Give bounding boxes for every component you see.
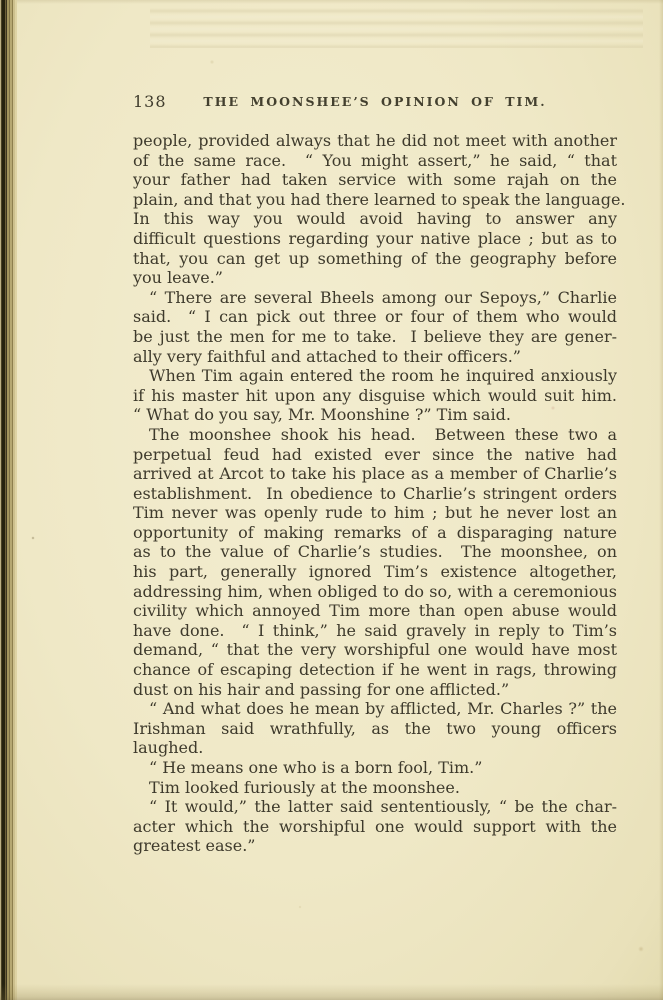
text-line: greatest ease.”: [133, 836, 617, 856]
text-line: laughed.: [133, 738, 617, 758]
page-right-edge: [659, 0, 663, 1000]
paragraph: “ And what does he mean by afflicted, Mr…: [133, 699, 617, 758]
book-page: 138 THE MOONSHEE’S OPINION OF TIM. peopl…: [0, 0, 663, 1000]
page-binding-edge: [0, 0, 19, 1000]
text-line: if his master hit upon any disguise whic…: [133, 386, 617, 406]
text-line: arrived at Arcot to take his place as a …: [133, 464, 617, 484]
scan-streaks: [150, 8, 643, 48]
text-line: people, provided always that he did not …: [133, 131, 617, 151]
paragraph: “ It would,” the latter said sententious…: [133, 797, 617, 856]
text-line: his part, generally ignored Tim’s existe…: [133, 562, 617, 582]
running-head: 138 THE MOONSHEE’S OPINION OF TIM.: [133, 92, 617, 112]
text-line: establishment. In obedience to Charlie’s…: [133, 484, 617, 504]
text-line: perpetual feud had existed ever since th…: [133, 445, 617, 465]
text-line: “ And what does he mean by afflicted, Mr…: [133, 699, 617, 719]
text-line: as to the value of Charlie’s studies. Th…: [133, 542, 617, 562]
text-line: said. “ I can pick out three or four of …: [133, 307, 617, 327]
text-line: When Tim again entered the room he inqui…: [133, 366, 617, 386]
text-line: acter which the worshipful one would sup…: [133, 817, 617, 837]
text-line: of the same race. “ You might assert,” h…: [133, 151, 617, 171]
text-line: Tim never was openly rude to him ; but h…: [133, 503, 617, 523]
text-line: “ He means one who is a born fool, Tim.”: [133, 758, 617, 778]
paragraph: Tim looked furiously at the moonshee.: [133, 778, 617, 798]
text-line: you leave.”: [133, 268, 617, 288]
running-header-title: THE MOONSHEE’S OPINION OF TIM.: [133, 94, 617, 109]
paragraph: When Tim again entered the room he inqui…: [133, 366, 617, 425]
paragraph: people, provided always that he did not …: [133, 131, 617, 288]
text-line: “ There are several Bheels among our Sep…: [133, 288, 617, 308]
text-line: chance of escaping detection if he went …: [133, 660, 617, 680]
paragraph: The moonshee shook his head. Between the…: [133, 425, 617, 699]
text-line: difficult questions regarding your nativ…: [133, 229, 617, 249]
body-text: people, provided always that he did not …: [133, 131, 617, 856]
text-line: have done. “ I think,” he said gravely i…: [133, 621, 617, 641]
text-line: In this way you would avoid having to an…: [133, 209, 617, 229]
text-line: “ What do you say, Mr. Moonshine ?” Tim …: [133, 405, 617, 425]
page-bottom-edge: [0, 984, 663, 1000]
paragraph: “ There are several Bheels among our Sep…: [133, 288, 617, 366]
text-line: plain, and that you had there learned to…: [133, 190, 617, 210]
text-line: ally very faithful and attached to their…: [133, 347, 617, 367]
text-line: that, you can get up something of the ge…: [133, 249, 617, 269]
text-line: Tim looked furiously at the moonshee.: [133, 778, 617, 798]
text-line: addressing him, when obliged to do so, w…: [133, 582, 617, 602]
text-line: The moonshee shook his head. Between the…: [133, 425, 617, 445]
text-line: civility which annoyed Tim more than ope…: [133, 601, 617, 621]
text-line: demand, “ that the very worshipful one w…: [133, 640, 617, 660]
text-line: opportunity of making remarks of a dispa…: [133, 523, 617, 543]
text-line: dust on his hair and passing for one aff…: [133, 680, 617, 700]
paragraph: “ He means one who is a born fool, Tim.”: [133, 758, 617, 778]
text-line: be just the men for me to take. I believ…: [133, 327, 617, 347]
text-line: “ It would,” the latter said sententious…: [133, 797, 617, 817]
text-line: Irishman said wrathfully, as the two you…: [133, 719, 617, 739]
text-line: your father had taken service with some …: [133, 170, 617, 190]
